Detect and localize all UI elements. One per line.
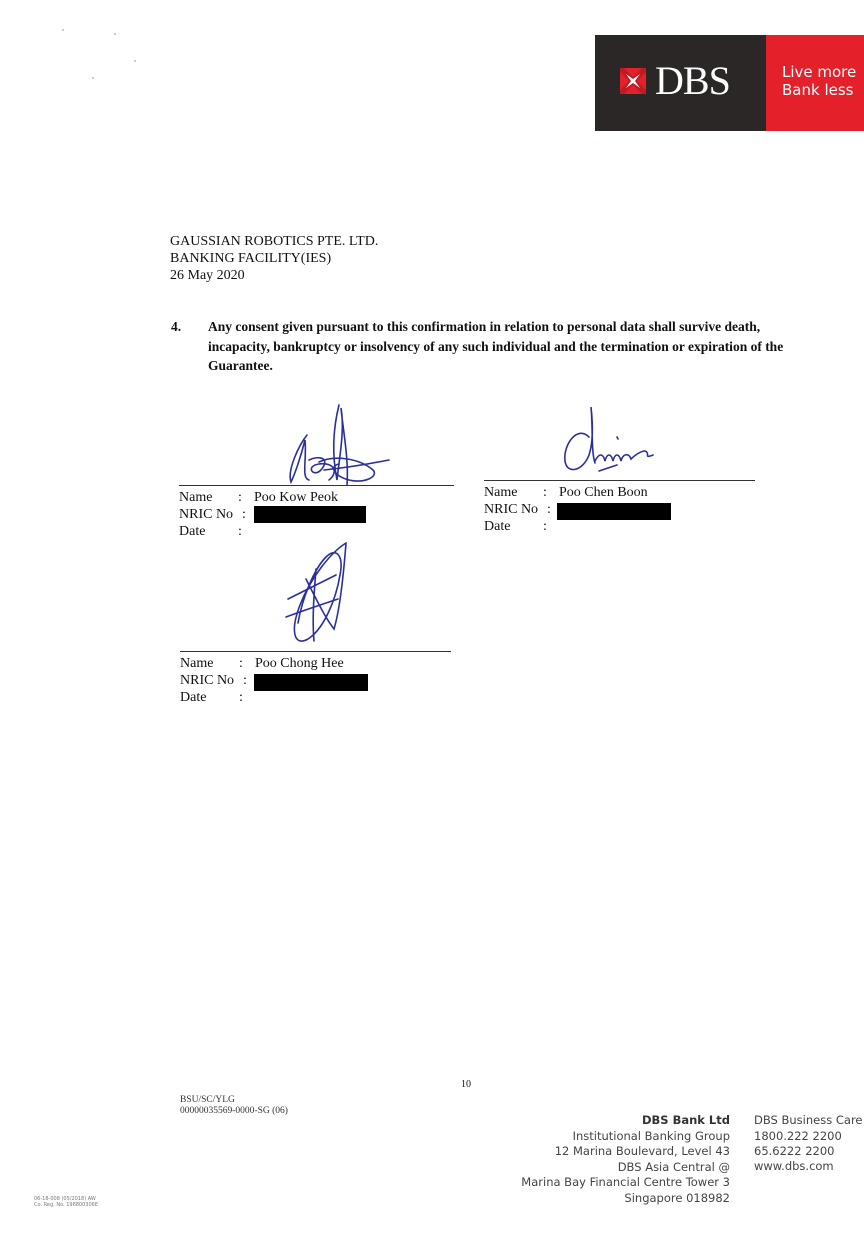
document-number: 00000035569-0000-SG (06) bbox=[180, 1106, 288, 1117]
address-line: Institutional Banking Group bbox=[521, 1129, 730, 1145]
scan-speck bbox=[62, 29, 64, 31]
scan-speck bbox=[92, 77, 94, 79]
colon: : bbox=[543, 518, 547, 535]
bank-website: www.dbs.com bbox=[754, 1159, 834, 1175]
document-subject: BANKING FACILITY(IES) bbox=[170, 250, 378, 267]
bank-address: DBS Bank Ltd Institutional Banking Group… bbox=[521, 1113, 730, 1206]
address-line: DBS Asia Central @ bbox=[521, 1160, 730, 1176]
contact-label: DBS Business Care : bbox=[754, 1113, 864, 1129]
colon: : bbox=[238, 523, 242, 540]
form-code-block: 06-18-008 (05/2018) AW Co. Reg. No. 1968… bbox=[34, 1196, 98, 1208]
contact-phone-1: 1800.222 2200 bbox=[754, 1129, 864, 1145]
nric-redaction bbox=[557, 503, 671, 520]
date-label: Date bbox=[179, 523, 205, 540]
colon: : bbox=[242, 506, 246, 523]
signature-line bbox=[180, 651, 451, 652]
document-header: GAUSSIAN ROBOTICS PTE. LTD. BANKING FACI… bbox=[170, 233, 378, 284]
signature-line bbox=[179, 485, 454, 486]
colon: : bbox=[243, 672, 247, 689]
colon: : bbox=[238, 489, 242, 506]
banner-logo-panel: DBS bbox=[595, 35, 766, 131]
company-name: GAUSSIAN ROBOTICS PTE. LTD. bbox=[170, 233, 378, 250]
handwritten-signature bbox=[559, 405, 669, 480]
clause-text: Any consent given pursuant to this confi… bbox=[208, 317, 798, 376]
signatory-name: Poo Chong Hee bbox=[255, 655, 344, 672]
scan-speck bbox=[134, 60, 136, 62]
handwritten-signature bbox=[279, 400, 399, 490]
nric-redaction bbox=[254, 674, 368, 691]
brand-tagline: Live more Bank less bbox=[782, 63, 856, 99]
date-label: Date bbox=[484, 518, 510, 535]
nric-label: NRIC No bbox=[180, 672, 234, 689]
tagline-line-1: Live more bbox=[782, 63, 856, 81]
signatory-name: Poo Chen Boon bbox=[559, 484, 648, 501]
scan-speck bbox=[114, 33, 116, 35]
bank-name: DBS Bank Ltd bbox=[521, 1113, 730, 1129]
tagline-line-2: Bank less bbox=[782, 81, 856, 99]
dbs-banner: DBS Live more Bank less bbox=[595, 35, 864, 131]
dbs-wordmark: DBS bbox=[655, 59, 730, 103]
address-line: Marina Bay Financial Centre Tower 3 bbox=[521, 1175, 730, 1191]
nric-label: NRIC No bbox=[179, 506, 233, 523]
nric-label: NRIC No bbox=[484, 501, 538, 518]
signature-line bbox=[484, 480, 755, 481]
date-label: Date bbox=[180, 689, 206, 706]
name-label: Name bbox=[484, 484, 517, 501]
company-registration: Co. Reg. No. 196800306E bbox=[34, 1202, 98, 1208]
name-label: Name bbox=[179, 489, 212, 506]
dbs-star-icon bbox=[619, 67, 647, 95]
address-line: Singapore 018982 bbox=[521, 1191, 730, 1207]
bank-contact: DBS Business Care : 1800.222 2200 65.622… bbox=[754, 1113, 864, 1160]
contact-phone-2: 65.6222 2200 bbox=[754, 1144, 864, 1160]
reference-code: BSU/SC/YLG bbox=[180, 1095, 288, 1106]
colon: : bbox=[239, 655, 243, 672]
clause-number: 4. bbox=[171, 317, 181, 337]
colon: : bbox=[239, 689, 243, 706]
address-line: 12 Marina Boulevard, Level 43 bbox=[521, 1144, 730, 1160]
colon: : bbox=[547, 501, 551, 518]
name-label: Name bbox=[180, 655, 213, 672]
nric-redaction bbox=[254, 506, 366, 523]
colon: : bbox=[543, 484, 547, 501]
page-number: 10 bbox=[461, 1079, 471, 1090]
signatory-name: Poo Kow Peok bbox=[254, 489, 338, 506]
banner-tagline-panel: Live more Bank less bbox=[766, 35, 864, 131]
reference-block: BSU/SC/YLG 00000035569-0000-SG (06) bbox=[180, 1095, 288, 1117]
document-date: 26 May 2020 bbox=[170, 267, 378, 284]
handwritten-signature bbox=[280, 539, 360, 649]
